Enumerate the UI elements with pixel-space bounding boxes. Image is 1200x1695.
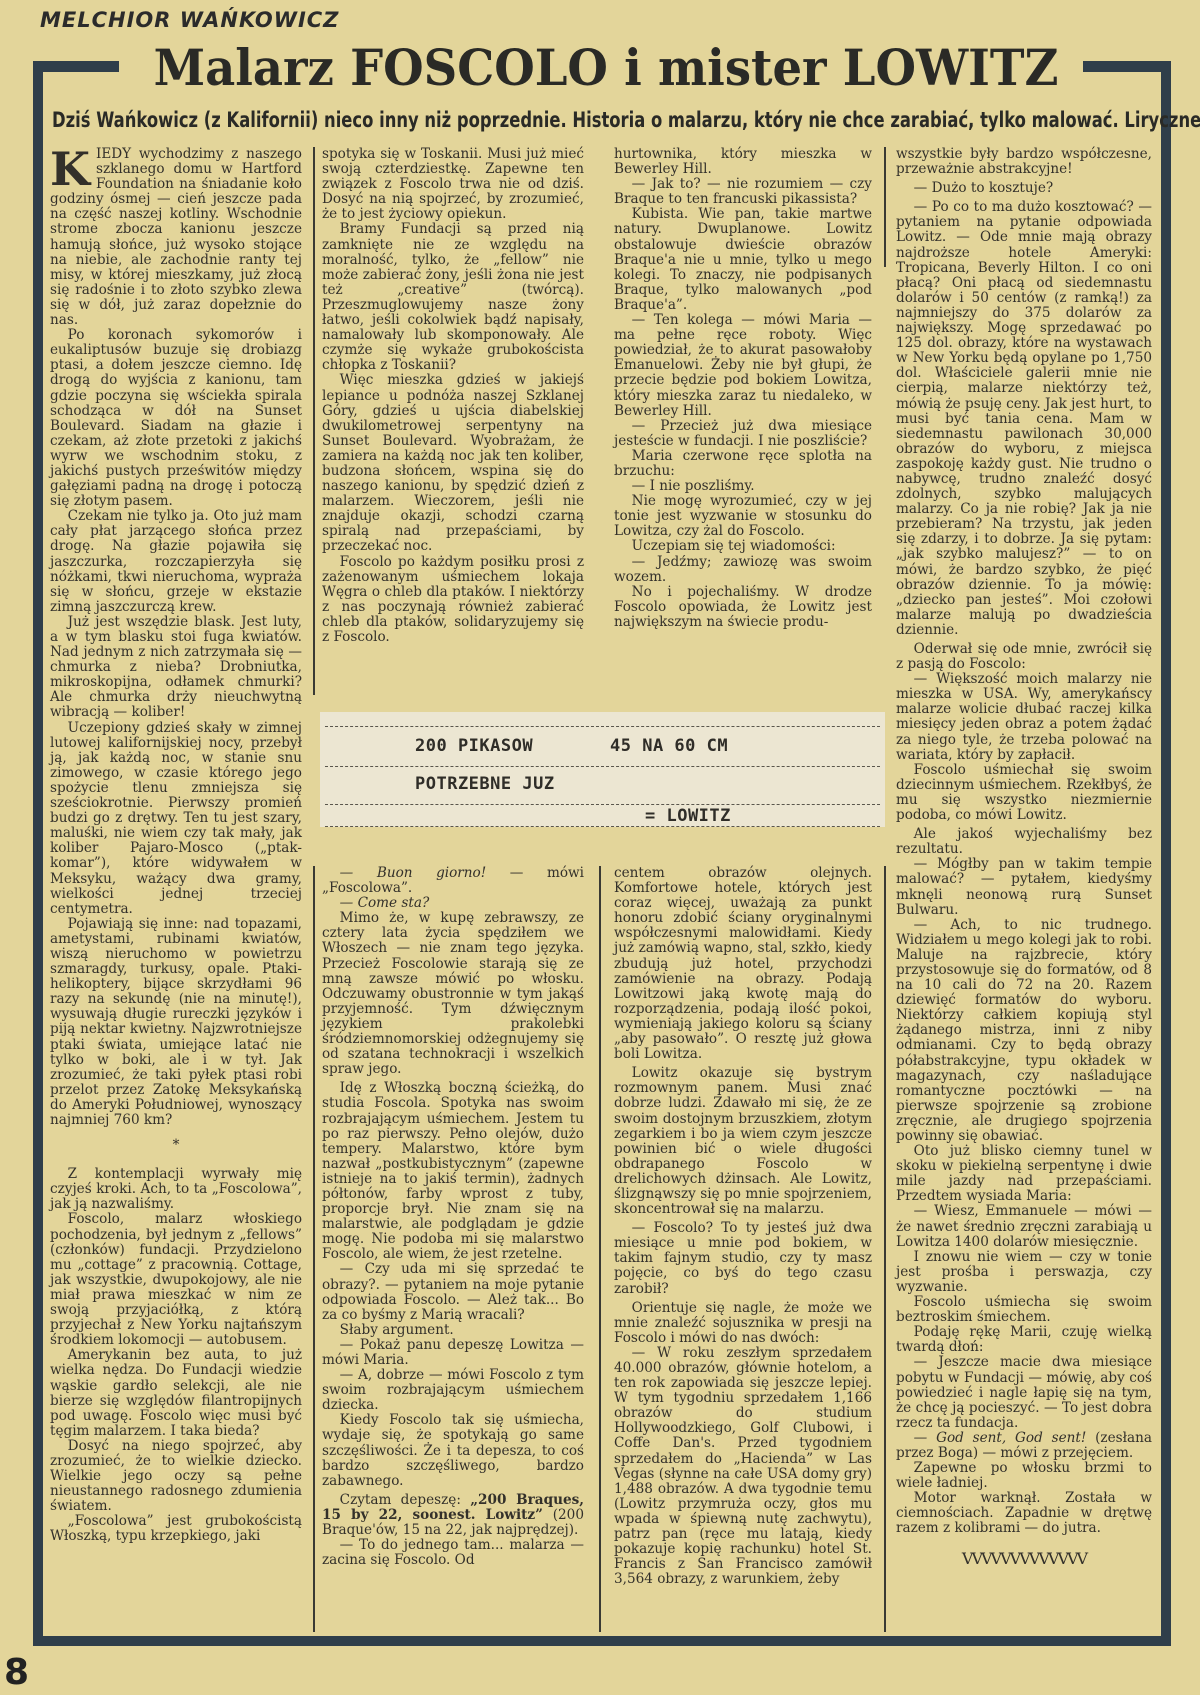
section-separator: * [50, 1138, 302, 1153]
author-byline: MELCHIOR WAŃKOWICZ [40, 8, 339, 32]
paragraph: Słaby argument. [322, 1323, 584, 1338]
paragraph: wszystkie były bardzo współczesne, przew… [896, 147, 1152, 177]
paragraph: Z kontemplacji wyrwały mię czyjeś kroki.… [50, 1167, 302, 1212]
paragraph: Mimo że, w kupę zebrawszy, ze cztery lat… [322, 911, 584, 1077]
paragraph: — Jedźmy; zawiozę was swoim wozem. [614, 555, 872, 585]
paragraph: — Mógłby pan w takim tempie malować? — p… [896, 857, 1152, 917]
paragraph: Czekam nie tylko ja. Oto już mam cały pł… [50, 509, 302, 615]
paragraph: Idę z Włoszką boczną ścieżką, do studia … [322, 1081, 584, 1262]
frame-border-bottom [33, 1636, 1171, 1646]
paragraph: „Foscolowa” jest grubokościstą Włoszką, … [50, 1514, 302, 1544]
paragraph: spotyka się w Toskanii. Musi już mieć sw… [322, 147, 584, 222]
paragraph: — Po co to ma dużo kosztować? — pytaniem… [896, 200, 1152, 638]
column-rule [599, 866, 601, 1632]
paragraph: Bramy Fundacji są przed nią zamknięte ni… [322, 222, 584, 373]
paragraph: Foscolo uśmiechał się swoim dziecinnym u… [896, 763, 1152, 823]
subheadline: Dziś Wańkowicz (z Kalifornii) nieco inny… [52, 108, 910, 132]
paragraph: Więc mieszka gdzieś w jakiejś lepiance u… [322, 373, 584, 554]
paragraph: — To do jednego tam... malarza — zacina … [322, 1538, 584, 1568]
paragraph: — Foscolo? To ty jesteś już dwa miesiące… [614, 1221, 872, 1296]
paragraph: hurtownika, który mieszka w Bewerley Hil… [614, 147, 872, 177]
article-column-3-bottom: centem obrazów olejnych. Komfortowe hote… [614, 866, 872, 1587]
paragraph: Motor warknął. Została w ciemnościach. Z… [896, 1491, 1152, 1536]
paragraph: Amerykanin bez auta, to już wielka nędza… [50, 1348, 302, 1439]
paragraph: — A, dobrze — mówi Foscolo z tym swoim r… [322, 1368, 584, 1413]
paragraph: Nie mogę wyrozumieć, czy w jej tonie jes… [614, 494, 872, 539]
paragraph: Foscolo uśmiecha się swoim beztroskim śm… [896, 1295, 1152, 1325]
paragraph: — Jak to? — nie rozumiem — czy Braque to… [614, 177, 872, 207]
paragraph: Podaję rękę Marii, czuję wielką twardą d… [896, 1325, 1152, 1355]
paragraph: Uczepiam się tej wiadomości: [614, 539, 872, 554]
end-signature-squiggle: VVVVVVVVVVVVV [896, 1551, 1152, 1566]
paragraph: I znowu nie wiem — czy w tonie jest proś… [896, 1250, 1152, 1295]
telegram-line-2: POTRZEBNE JUZ [415, 774, 555, 794]
paragraph: — I nie poszliśmy. [614, 479, 872, 494]
column-rule [884, 866, 886, 1632]
paragraph: — Ten kolega — mówi Maria — ma pełne ręc… [614, 313, 872, 419]
paragraph: — Czy uda mi się sprzedać te obrazy?. — … [322, 1262, 584, 1322]
paragraph: Po koronach sykomorów i eukaliptusów buz… [50, 328, 302, 509]
paragraph: Lowitz okazuje się bystrym rozmownym pan… [614, 1066, 872, 1217]
paragraph: — Pokaż panu depeszę Lowitza — mówi Mari… [322, 1338, 584, 1368]
paragraph: Foscolo, malarz włoskiego pochodzenia, b… [50, 1212, 302, 1348]
italic-phrase: — Buon giorno! [340, 865, 487, 881]
italic-phrase: — Come sta? [340, 895, 430, 911]
paragraph: Kubista. Wie pan, takie martwe natury. D… [614, 207, 872, 313]
drop-cap: K [50, 149, 90, 189]
paragraph: — Jeszcze macie dwa miesiące pobytu w Fu… [896, 1355, 1152, 1430]
paragraph: — W roku zeszłym sprzedałem 40.000 obraz… [614, 1346, 872, 1588]
paragraph: Zapewne po włosku brzmi to wiele ładniej… [896, 1461, 1152, 1491]
paragraph: — Przecież już dwa miesiące jesteście w … [614, 419, 872, 449]
paragraph: Orientuje się nagle, że może we mnie zna… [614, 1301, 872, 1346]
telegram-line-1-left: 200 PIKASOW [415, 736, 533, 756]
paragraph: — Większość moich malarzy nie mieszka w … [896, 672, 1152, 763]
telegram-line-3: = LOWITZ [645, 806, 731, 826]
frame-border-top-left [33, 61, 119, 72]
italic-phrase: — God sent, God sent! [914, 1430, 1087, 1446]
paragraph: Uczepiony gdzieś skały w zimnej lutowej … [50, 721, 302, 917]
paragraph: Kiedy Foscolo tak się uśmiecha, wydaje s… [322, 1413, 584, 1488]
frame-border-top-right [1083, 61, 1171, 72]
headline: Malarz FOSCOLO i mister LOWITZ [154, 38, 1047, 97]
telegram-dashed-line [325, 826, 880, 827]
column-rule [884, 147, 886, 267]
paragraph: — Dużo to kosztuje? [896, 181, 1152, 196]
paragraph: Ale jakoś wyjechaliśmy bez rezultatu. [896, 827, 1152, 857]
telegram-dashed-line [325, 804, 880, 805]
paragraph: — Wiesz, Emmanuele — mówi — że nawet śre… [896, 1204, 1152, 1249]
article-column-2-bottom: — Buon giorno! — mówi „Foscolowa”. — Com… [322, 866, 584, 1568]
paragraph: Oderwał się ode mnie, zwrócił się z pasj… [896, 642, 1152, 672]
article-column-1: KIEDY wychodzimy z naszego szklanego dom… [50, 147, 302, 1545]
paragraph: Czytam depeszę: [340, 1492, 471, 1508]
paragraph: Pojawiają się inne: nad topazami, ametys… [50, 917, 302, 1128]
paragraph: Już jest wszędzie blask. Jest luty, a w … [50, 615, 302, 721]
paragraph: — Ach, to nic trudnego. Widziałem u mego… [896, 918, 1152, 1144]
column-rule [313, 147, 315, 695]
frame-border-left [33, 61, 43, 1646]
telegram-line-1-right: 45 NA 60 CM [610, 736, 728, 756]
article-column-3-top: hurtownika, który mieszka w Bewerley Hil… [614, 147, 872, 630]
telegram-image: 200 PIKASOW 45 NA 60 CM POTRZEBNE JUZ = … [320, 712, 885, 827]
telegram-dashed-line [325, 766, 880, 767]
telegram-dashed-line [325, 726, 880, 727]
paragraph: No i pojechaliśmy. W drodze Foscolo opow… [614, 585, 872, 630]
paragraph: Dosyć na niego spojrzeć, aby zrozumieć, … [50, 1439, 302, 1514]
paragraph: Maria czerwone ręce splotła na brzuchu: [614, 449, 872, 479]
article-column-4: wszystkie były bardzo współczesne, przew… [896, 147, 1152, 1566]
paragraph: Foscolo po każdym posiłku prosi z zażeno… [322, 555, 584, 646]
column-rule [313, 866, 315, 1632]
paragraph: centem obrazów olejnych. Komfortowe hote… [614, 866, 872, 1062]
page-number: 8 [4, 1652, 29, 1693]
paragraph: Oto już blisko ciemny tunel w skoku w pi… [896, 1144, 1152, 1204]
frame-border-right [1161, 61, 1171, 1646]
article-column-2-top: spotyka się w Toskanii. Musi już mieć sw… [322, 147, 584, 645]
